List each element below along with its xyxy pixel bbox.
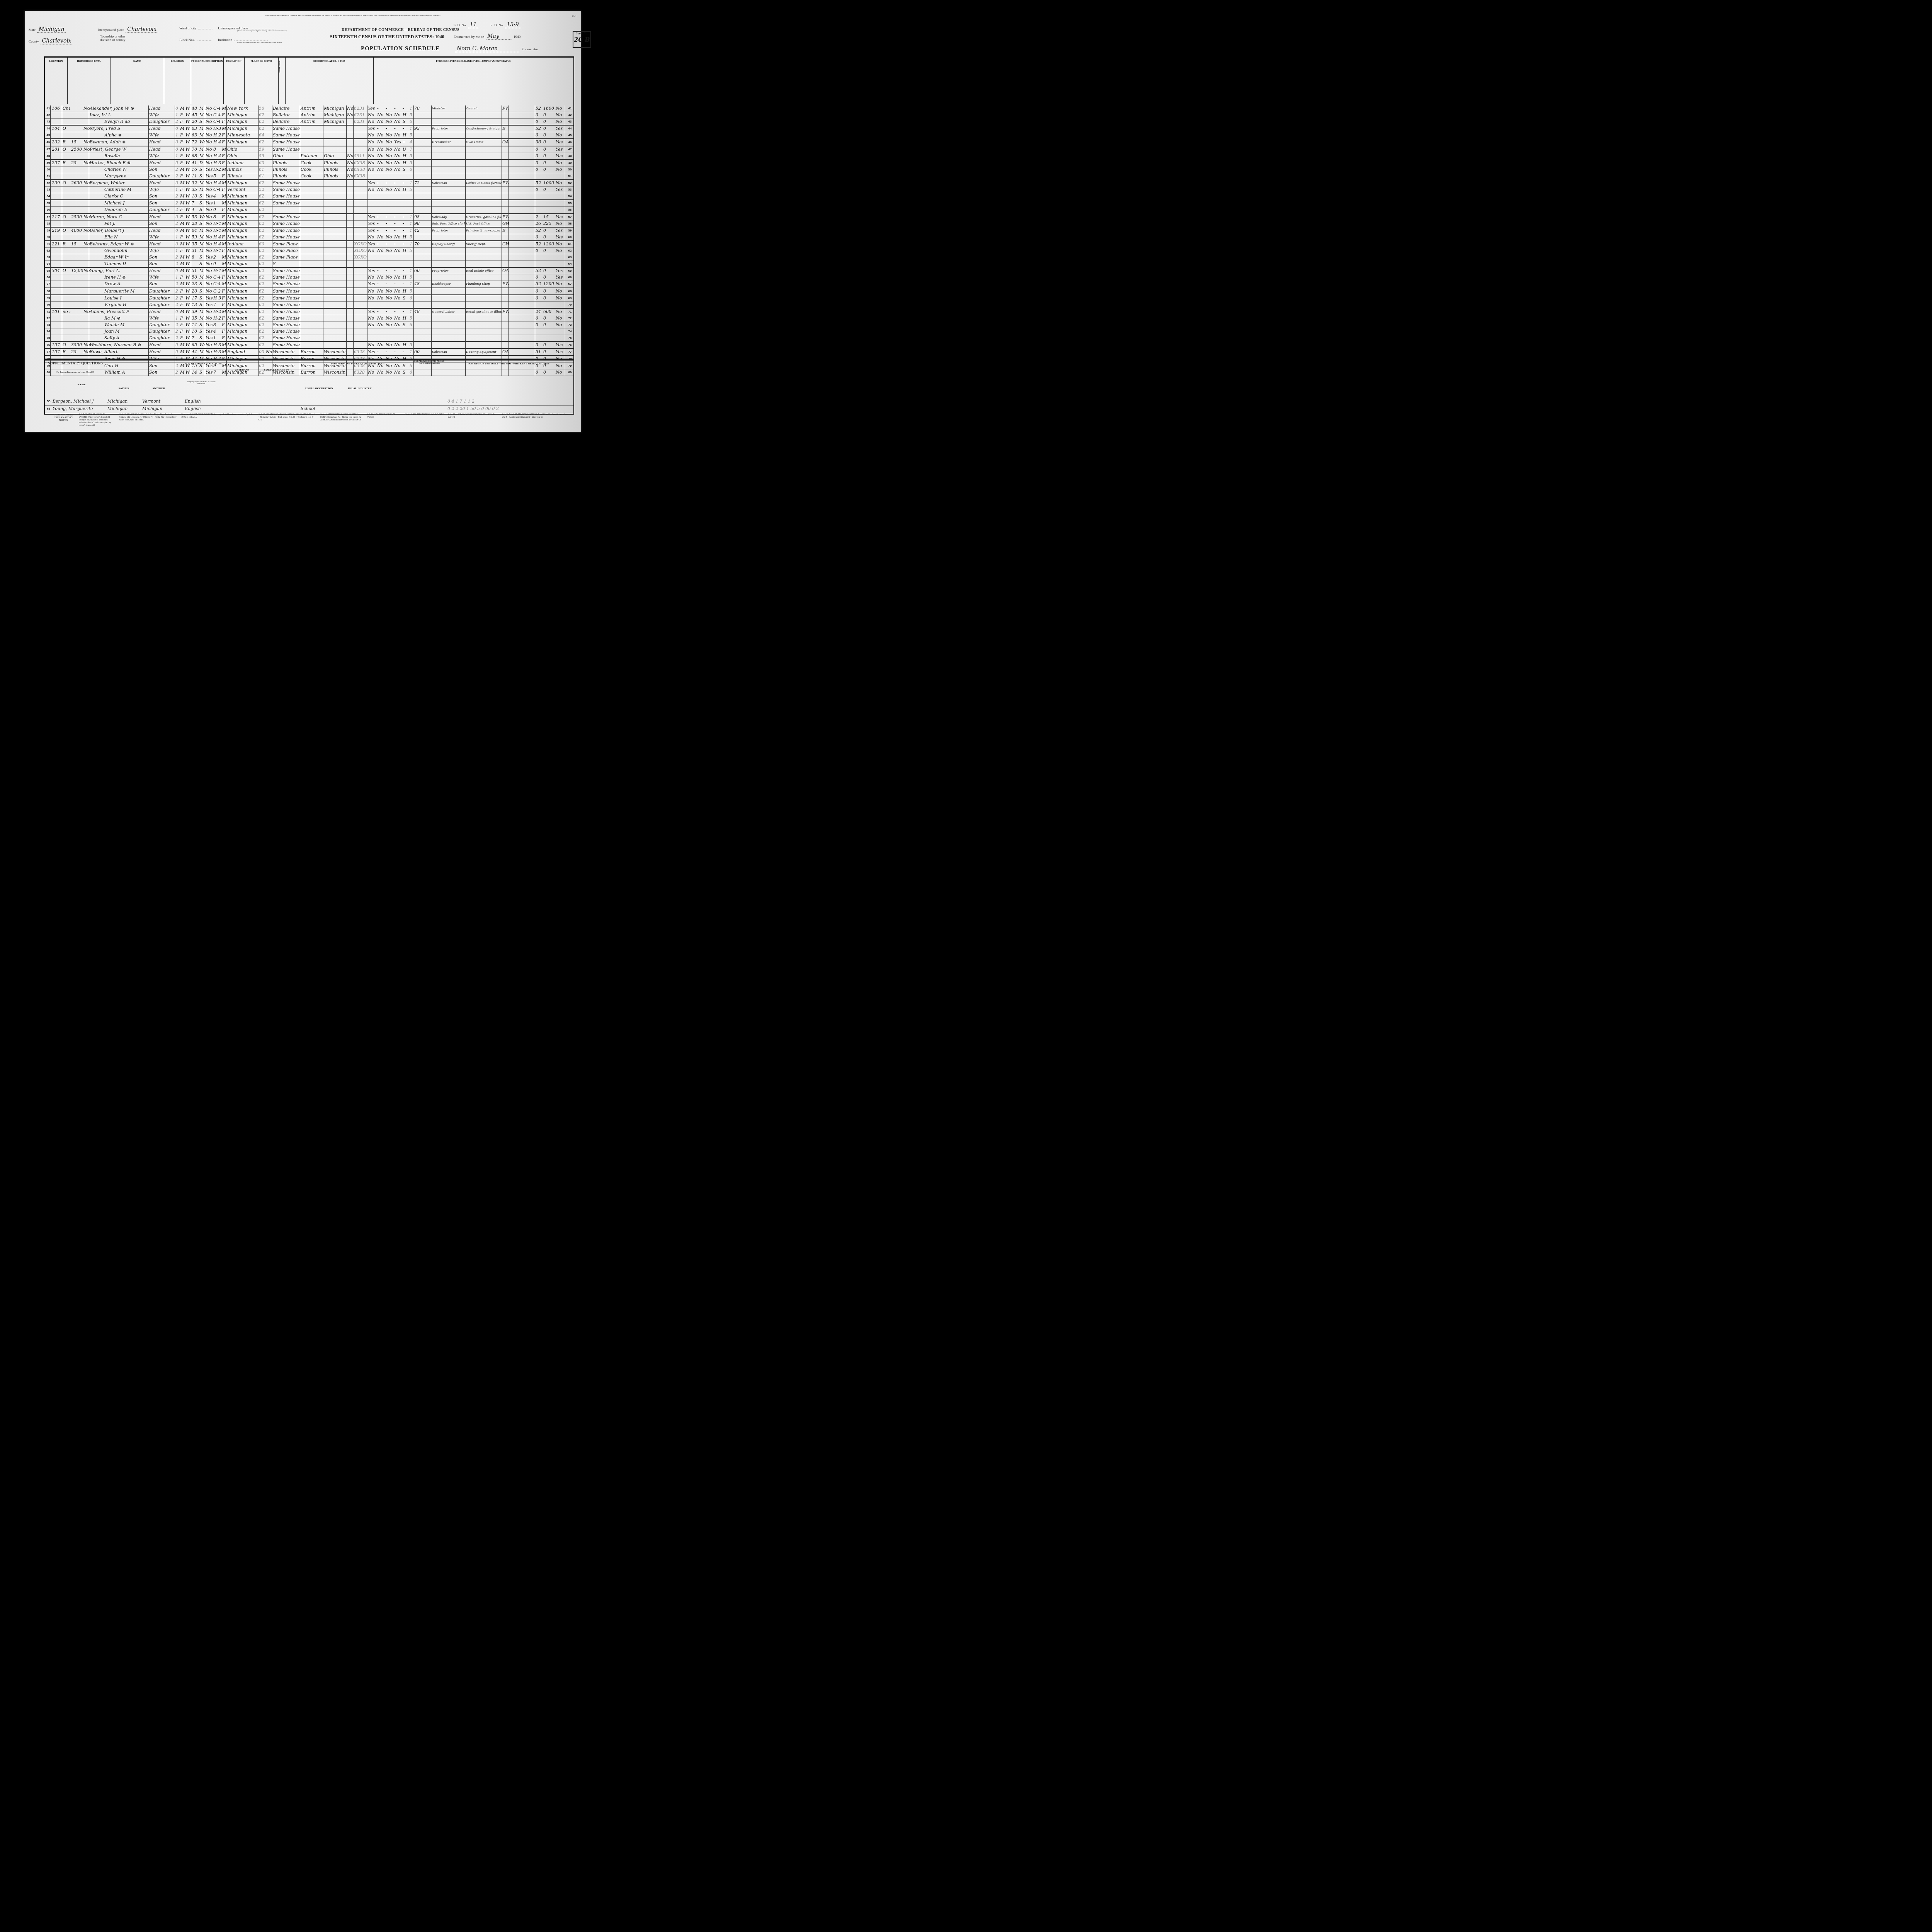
cell-res-county bbox=[300, 228, 323, 234]
cell-res-state bbox=[323, 281, 346, 287]
cell-race: W bbox=[185, 119, 191, 125]
cell-wk: 0 bbox=[535, 288, 543, 294]
column-divider bbox=[175, 105, 175, 376]
cell-code: 1 bbox=[175, 153, 179, 159]
cell-bcode: 62 bbox=[258, 180, 265, 186]
cell-age: 35 bbox=[191, 315, 199, 321]
cell-house bbox=[51, 234, 62, 240]
cell-cls bbox=[502, 146, 509, 153]
cell-bcode: 61 bbox=[258, 173, 265, 179]
cell-house: 217 bbox=[51, 214, 62, 220]
cell-w23: No bbox=[385, 160, 393, 166]
cell-w23: No bbox=[385, 248, 393, 254]
cell-grade: H-3 bbox=[213, 295, 221, 301]
cell-cls: OA bbox=[502, 349, 509, 355]
cell-farm35 bbox=[346, 335, 353, 341]
cell-oth: No bbox=[555, 112, 565, 118]
cell-oth: Yes bbox=[555, 234, 565, 240]
cell-w24: - bbox=[393, 228, 402, 234]
cell-wk bbox=[535, 261, 543, 267]
cell-wk: 52 bbox=[535, 241, 543, 247]
cell-school: No bbox=[205, 132, 213, 138]
cell-own bbox=[62, 200, 70, 206]
cell-mar: S bbox=[199, 295, 205, 301]
cell-age: 28 bbox=[191, 221, 199, 227]
cell-bcode: 62 bbox=[258, 315, 265, 321]
cell-race: W bbox=[185, 146, 191, 153]
cell-w24: - bbox=[393, 126, 402, 132]
cell-school: No bbox=[205, 349, 213, 355]
cell-res-city: Same House bbox=[272, 221, 300, 227]
cell-rel: Son bbox=[148, 193, 175, 199]
cell-res-state bbox=[323, 193, 346, 199]
cell-w23: - bbox=[385, 228, 393, 234]
cell-wks bbox=[423, 315, 430, 321]
cell-race: W bbox=[185, 234, 191, 240]
cell-hrs bbox=[413, 254, 423, 260]
column-divider bbox=[509, 105, 509, 376]
table-row: 46202R15NoBeeman, Adah ⊗Head0FW72WdNoH-4… bbox=[45, 139, 573, 146]
cell-inc: 0 bbox=[543, 228, 555, 234]
cell-rcode bbox=[353, 328, 367, 335]
cell-e: 1 bbox=[409, 268, 413, 274]
table-row: 44104ONoMyers, Fred SHead0MW63MNoH-3MMic… bbox=[45, 126, 573, 132]
line-number-right: 64 bbox=[566, 261, 573, 267]
cell-value bbox=[70, 132, 83, 138]
cell-w21: Yes bbox=[367, 281, 376, 287]
cell-res-city: Bellaire bbox=[272, 105, 300, 112]
cell-inc bbox=[543, 328, 555, 335]
cell-w23 bbox=[385, 328, 393, 335]
cell-w25: - bbox=[402, 281, 409, 287]
cell-hrs bbox=[413, 207, 423, 213]
cell-rel: Wife bbox=[148, 112, 175, 118]
cell-birth: Michigan bbox=[226, 126, 259, 132]
cell-grade: 8 bbox=[213, 322, 221, 328]
cell-occ bbox=[431, 200, 465, 206]
cell-wks bbox=[423, 302, 430, 308]
cell-hrs bbox=[413, 295, 423, 301]
cell-sex: F bbox=[179, 173, 185, 179]
cell-code: 2 bbox=[175, 322, 179, 328]
cell-bcode: 62 bbox=[258, 228, 265, 234]
cell-res-state: Michigan bbox=[323, 105, 346, 112]
cell-sex: M bbox=[179, 254, 185, 260]
cell-inc: 0 bbox=[543, 349, 555, 355]
cell-name: Adams, Prescott P bbox=[89, 309, 148, 315]
cell-sex: F bbox=[179, 288, 185, 294]
cell-cls bbox=[502, 187, 509, 193]
table-body: 41106Church propertyNoAlexander, John W … bbox=[45, 105, 573, 376]
cell-age: 20 bbox=[191, 288, 199, 294]
cell-w24 bbox=[393, 200, 402, 206]
cell-wks bbox=[423, 281, 430, 287]
cell-ind bbox=[465, 187, 502, 193]
cell-w24 bbox=[393, 261, 402, 267]
cell-cls bbox=[502, 153, 509, 159]
cell-w23: - bbox=[385, 309, 393, 315]
cell-wk: 0 bbox=[535, 119, 543, 125]
cell-w23 bbox=[385, 254, 393, 260]
line-number-right: 46 bbox=[566, 139, 573, 145]
cell-wk: 52 bbox=[535, 126, 543, 132]
cell-e: 5 bbox=[409, 112, 413, 118]
cell-grade: 0 bbox=[213, 207, 221, 213]
cell-mar: S bbox=[199, 173, 205, 179]
cell-mar: S bbox=[199, 288, 205, 294]
cell-value: 3500 bbox=[70, 342, 83, 348]
cell-wk bbox=[535, 302, 543, 308]
column-divider bbox=[323, 105, 323, 376]
cell-rel: Daughter bbox=[148, 288, 175, 294]
cell-w21: No bbox=[367, 160, 376, 166]
cell-school: No bbox=[205, 261, 213, 267]
cell-hrs bbox=[413, 322, 423, 328]
cell-cit bbox=[265, 119, 272, 125]
cell-code2: F bbox=[221, 248, 226, 254]
cell-rel: Wife bbox=[148, 315, 175, 321]
cell-sex: F bbox=[179, 335, 185, 341]
cell-bcode: 62 bbox=[258, 322, 265, 328]
cell-w25: - bbox=[402, 241, 409, 247]
cell-mar: Wd bbox=[199, 214, 205, 220]
header-household: HOUSEHOLD DATA bbox=[67, 58, 111, 104]
cell-rcode bbox=[353, 342, 367, 348]
cell-value bbox=[70, 187, 83, 193]
cell-ind: Heating equipment bbox=[465, 349, 502, 355]
cell-inc: 0 bbox=[543, 315, 555, 321]
cell-hrs: 48 bbox=[413, 309, 423, 315]
cell-w22: No bbox=[376, 274, 385, 281]
cell-value bbox=[70, 248, 83, 254]
cell-cls bbox=[502, 274, 509, 281]
cell-oth: Yes bbox=[555, 153, 565, 159]
cell-res-county bbox=[300, 132, 323, 138]
cell-farm35 bbox=[346, 268, 353, 274]
cell-oth: Yes bbox=[555, 126, 565, 132]
cell-occ: Dressmaker bbox=[431, 139, 465, 145]
cell-mar: M bbox=[199, 126, 205, 132]
cell-cit bbox=[265, 254, 272, 260]
cell-res-city: Same House bbox=[272, 193, 300, 199]
cell-cit bbox=[265, 214, 272, 220]
table-row: 56Deborah EDaughter2FW4SNo0FMichigan6256 bbox=[45, 207, 573, 214]
cell-oth: No bbox=[555, 241, 565, 247]
cell-sex: M bbox=[179, 281, 185, 287]
cell-sex: M bbox=[179, 228, 185, 234]
cell-hrs: 98 bbox=[413, 221, 423, 227]
table-row: 53Catherine MWife1FW35MNoC-4FVermont52Sa… bbox=[45, 187, 573, 193]
cell-res-state bbox=[323, 288, 346, 294]
cell-inc: 0 bbox=[543, 288, 555, 294]
table-row: 60Ella NWife1FW59MNoH-4FMichigan62Same H… bbox=[45, 234, 573, 241]
cell-ind bbox=[465, 288, 502, 294]
cell-own: O bbox=[62, 228, 70, 234]
column-divider bbox=[565, 105, 565, 376]
cell-own: Church property bbox=[62, 105, 70, 112]
cell-code: 2 bbox=[175, 221, 179, 227]
cell-mar: S bbox=[199, 207, 205, 213]
cell-race: W bbox=[185, 193, 191, 199]
cell-code: 0 bbox=[175, 126, 179, 132]
cell-value bbox=[70, 288, 83, 294]
cell-farm35 bbox=[346, 315, 353, 321]
cell-school: No bbox=[205, 221, 213, 227]
cell-code: 2 bbox=[175, 261, 179, 267]
cell-mar: Wd bbox=[199, 342, 205, 348]
cell-age: 45 bbox=[191, 112, 199, 118]
cell-w24: No bbox=[393, 119, 402, 125]
cell-w24: No bbox=[393, 187, 402, 193]
cell-cit bbox=[265, 268, 272, 274]
cell-w23: No bbox=[385, 187, 393, 193]
cell-hrs bbox=[413, 274, 423, 281]
cell-farm35 bbox=[346, 295, 353, 301]
cell-race: W bbox=[185, 160, 191, 166]
cell-w22: - bbox=[376, 228, 385, 234]
cell-e: 5 bbox=[409, 248, 413, 254]
cell-res-city: Bellaire bbox=[272, 112, 300, 118]
cell-code2: F bbox=[221, 119, 226, 125]
cell-code: 2 bbox=[175, 119, 179, 125]
cell-age bbox=[191, 261, 199, 267]
cell-code2: M bbox=[221, 254, 226, 260]
cell-race: W bbox=[185, 221, 191, 227]
cell-e: 7 bbox=[409, 146, 413, 153]
cell-w24: No bbox=[393, 234, 402, 240]
cell-cit bbox=[265, 342, 272, 348]
cell-w21 bbox=[367, 207, 376, 213]
cell-w23: - bbox=[385, 241, 393, 247]
cell-w21: No bbox=[367, 248, 376, 254]
cell-rcode bbox=[353, 180, 367, 186]
cell-own: R bbox=[62, 241, 70, 247]
cell-w23: No bbox=[385, 139, 393, 145]
cell-oth bbox=[555, 335, 565, 341]
cell-code: 2 bbox=[175, 173, 179, 179]
supp-header-veterans: VETERANS bbox=[226, 368, 257, 371]
cell-code2: M bbox=[221, 146, 226, 153]
cell-w21: No bbox=[367, 234, 376, 240]
cell-value bbox=[70, 200, 83, 206]
cell-code: 2 bbox=[175, 167, 179, 173]
supp-cell-father: Michigan bbox=[107, 398, 142, 405]
cell-wks bbox=[423, 153, 430, 159]
cell-w24 bbox=[393, 193, 402, 199]
cell-birth: Michigan bbox=[226, 228, 259, 234]
cell-ind: U.S. Post Office bbox=[465, 221, 502, 227]
line-number-right: 65 bbox=[566, 268, 573, 274]
cell-birth: Michigan bbox=[226, 248, 259, 254]
cell-wk: 0 bbox=[535, 132, 543, 138]
cell-house: 209 bbox=[51, 180, 62, 186]
cell-birth: Michigan bbox=[226, 268, 259, 274]
cell-sex: F bbox=[179, 139, 185, 145]
cell-w21 bbox=[367, 254, 376, 260]
cell-res-city: Illinois bbox=[272, 160, 300, 166]
cell-w22: No bbox=[376, 234, 385, 240]
cell-school: Yes bbox=[205, 328, 213, 335]
cell-wk bbox=[535, 193, 543, 199]
cell-mar: M bbox=[199, 268, 205, 274]
cell-occ bbox=[431, 173, 465, 179]
cell-farm35 bbox=[346, 132, 353, 138]
cell-w25 bbox=[402, 200, 409, 206]
cell-cit bbox=[265, 322, 272, 328]
cell-bcode: 62 bbox=[258, 281, 265, 287]
cell-birth: Michigan bbox=[226, 207, 259, 213]
cell-w23: - bbox=[385, 180, 393, 186]
cell-mar: S bbox=[199, 221, 205, 227]
cell-ind bbox=[465, 119, 502, 125]
cell-wks bbox=[423, 254, 430, 260]
cell-race: W bbox=[185, 200, 191, 206]
cell-occ: Saleslady bbox=[431, 214, 465, 220]
cell-bcode: 52 bbox=[258, 187, 265, 193]
cell-w23: - bbox=[385, 105, 393, 112]
cell-rcode bbox=[353, 295, 367, 301]
cell-wks bbox=[423, 119, 430, 125]
cell-code: 0 bbox=[175, 146, 179, 153]
cell-code: 2 bbox=[175, 254, 179, 260]
cell-res-city: Same House bbox=[272, 268, 300, 274]
line-number-right: 57 bbox=[566, 214, 573, 220]
block-field: Block Nos. bbox=[179, 38, 213, 42]
cell-ind bbox=[465, 132, 502, 138]
cell-w24: - bbox=[393, 221, 402, 227]
cell-mar: M bbox=[199, 180, 205, 186]
cell-house bbox=[51, 281, 62, 287]
cell-e: 1 bbox=[409, 180, 413, 186]
cell-rcode bbox=[353, 187, 367, 193]
table-row: 52209O2600NoBergeon, WalterHead0MW32MNoH… bbox=[45, 180, 573, 187]
legal-notice: This report is required by Act of Congre… bbox=[264, 15, 527, 17]
cell-bcode: 62 bbox=[258, 309, 265, 315]
cell-hrs bbox=[413, 173, 423, 179]
cell-wks bbox=[423, 200, 430, 206]
sheet-number-box: Sheet No. 20 B bbox=[573, 31, 591, 48]
cell-house: 201 bbox=[51, 146, 62, 153]
cell-mar: M bbox=[199, 315, 205, 321]
cell-inc: 1000 bbox=[543, 180, 555, 186]
cell-res-state bbox=[323, 335, 346, 341]
cell-race: W bbox=[185, 228, 191, 234]
cell-occ bbox=[431, 248, 465, 254]
cell-sex: M bbox=[179, 349, 185, 355]
cell-res-county bbox=[300, 248, 323, 254]
cell-house bbox=[51, 112, 62, 118]
cell-e: 1 bbox=[409, 281, 413, 287]
cell-wk: 51 bbox=[535, 349, 543, 355]
cell-house bbox=[51, 315, 62, 321]
cell-inc bbox=[543, 335, 555, 341]
cell-w24: - bbox=[393, 241, 402, 247]
cell-cls bbox=[502, 254, 509, 260]
cell-wks bbox=[423, 228, 430, 234]
cell-cit bbox=[265, 193, 272, 199]
cell-wks bbox=[423, 268, 430, 274]
cell-value bbox=[70, 221, 83, 227]
cell-cls: OA bbox=[502, 139, 509, 145]
cell-res-county bbox=[300, 126, 323, 132]
cell-value: 15 bbox=[70, 139, 83, 145]
cell-w22 bbox=[376, 200, 385, 206]
supp-cell-name: Bergeon, Michael J bbox=[52, 398, 107, 405]
cell-oth: No bbox=[555, 315, 565, 321]
cell-race: W bbox=[185, 126, 191, 132]
cell-hrs bbox=[413, 302, 423, 308]
cell-cit bbox=[265, 207, 272, 213]
cell-own bbox=[62, 221, 70, 227]
line-number-right: 58 bbox=[566, 221, 573, 227]
cell-w23: No bbox=[385, 274, 393, 281]
cell-sex: M bbox=[179, 261, 185, 267]
cell-occ bbox=[431, 302, 465, 308]
cell-res-county bbox=[300, 309, 323, 315]
cell-rel: Daughter bbox=[148, 207, 175, 213]
cell-house bbox=[51, 207, 62, 213]
cell-wk: 52 bbox=[535, 105, 543, 112]
cell-bcode: 62 bbox=[258, 207, 265, 213]
supplementary-row: 55Bergeon, Michael JMichiganVermontEngli… bbox=[45, 398, 573, 406]
cell-e: 5 bbox=[409, 315, 413, 321]
cell-own bbox=[62, 119, 70, 125]
cell-value: 2600 bbox=[70, 180, 83, 186]
cell-w23: No bbox=[385, 119, 393, 125]
cell-res-county bbox=[300, 146, 323, 153]
cell-birth: Michigan bbox=[226, 281, 259, 287]
cell-res-county: Antrim bbox=[300, 119, 323, 125]
cell-code: 0 bbox=[175, 241, 179, 247]
cell-occ: Salesman bbox=[431, 349, 465, 355]
cell-value bbox=[70, 335, 83, 341]
cell-occ bbox=[431, 274, 465, 281]
cell-res-county bbox=[300, 295, 323, 301]
cell-w21 bbox=[367, 200, 376, 206]
cell-res-state bbox=[323, 180, 346, 186]
cell-code2: F bbox=[221, 173, 226, 179]
cell-code2: M bbox=[221, 200, 226, 206]
cell-hrs bbox=[413, 160, 423, 166]
cell-age: 16 bbox=[191, 167, 199, 173]
table-row: 42Inez, Izl LWife1FW45MNoC-4FMichigan62B… bbox=[45, 112, 573, 119]
cell-cls bbox=[502, 234, 509, 240]
cell-oth: No bbox=[555, 281, 565, 287]
cell-w21: Yes bbox=[367, 309, 376, 315]
cell-race: W bbox=[185, 139, 191, 145]
cell-inc bbox=[543, 261, 555, 267]
cell-res-county bbox=[300, 139, 323, 145]
cell-bcode: 59 bbox=[258, 153, 265, 159]
cell-rcode bbox=[353, 146, 367, 153]
cell-oth: Yes bbox=[555, 187, 565, 193]
line-number-right: 66 bbox=[566, 274, 573, 281]
cell-res-county bbox=[300, 221, 323, 227]
cell-res-county bbox=[300, 214, 323, 220]
cell-grade: C-4 bbox=[213, 112, 221, 118]
cell-name: Bergeon, Walter bbox=[89, 180, 148, 186]
line-number-right: 74 bbox=[566, 328, 573, 335]
cell-w23: No bbox=[385, 342, 393, 348]
cell-birth: Vermont bbox=[226, 187, 259, 193]
cell-e bbox=[409, 302, 413, 308]
cell-w22 bbox=[376, 254, 385, 260]
cell-age: 32 bbox=[191, 180, 199, 186]
cell-birth: Michigan bbox=[226, 234, 259, 240]
cell-wk: 0 bbox=[535, 295, 543, 301]
cell-inc: 0 bbox=[543, 167, 555, 173]
cell-farm35 bbox=[346, 274, 353, 281]
